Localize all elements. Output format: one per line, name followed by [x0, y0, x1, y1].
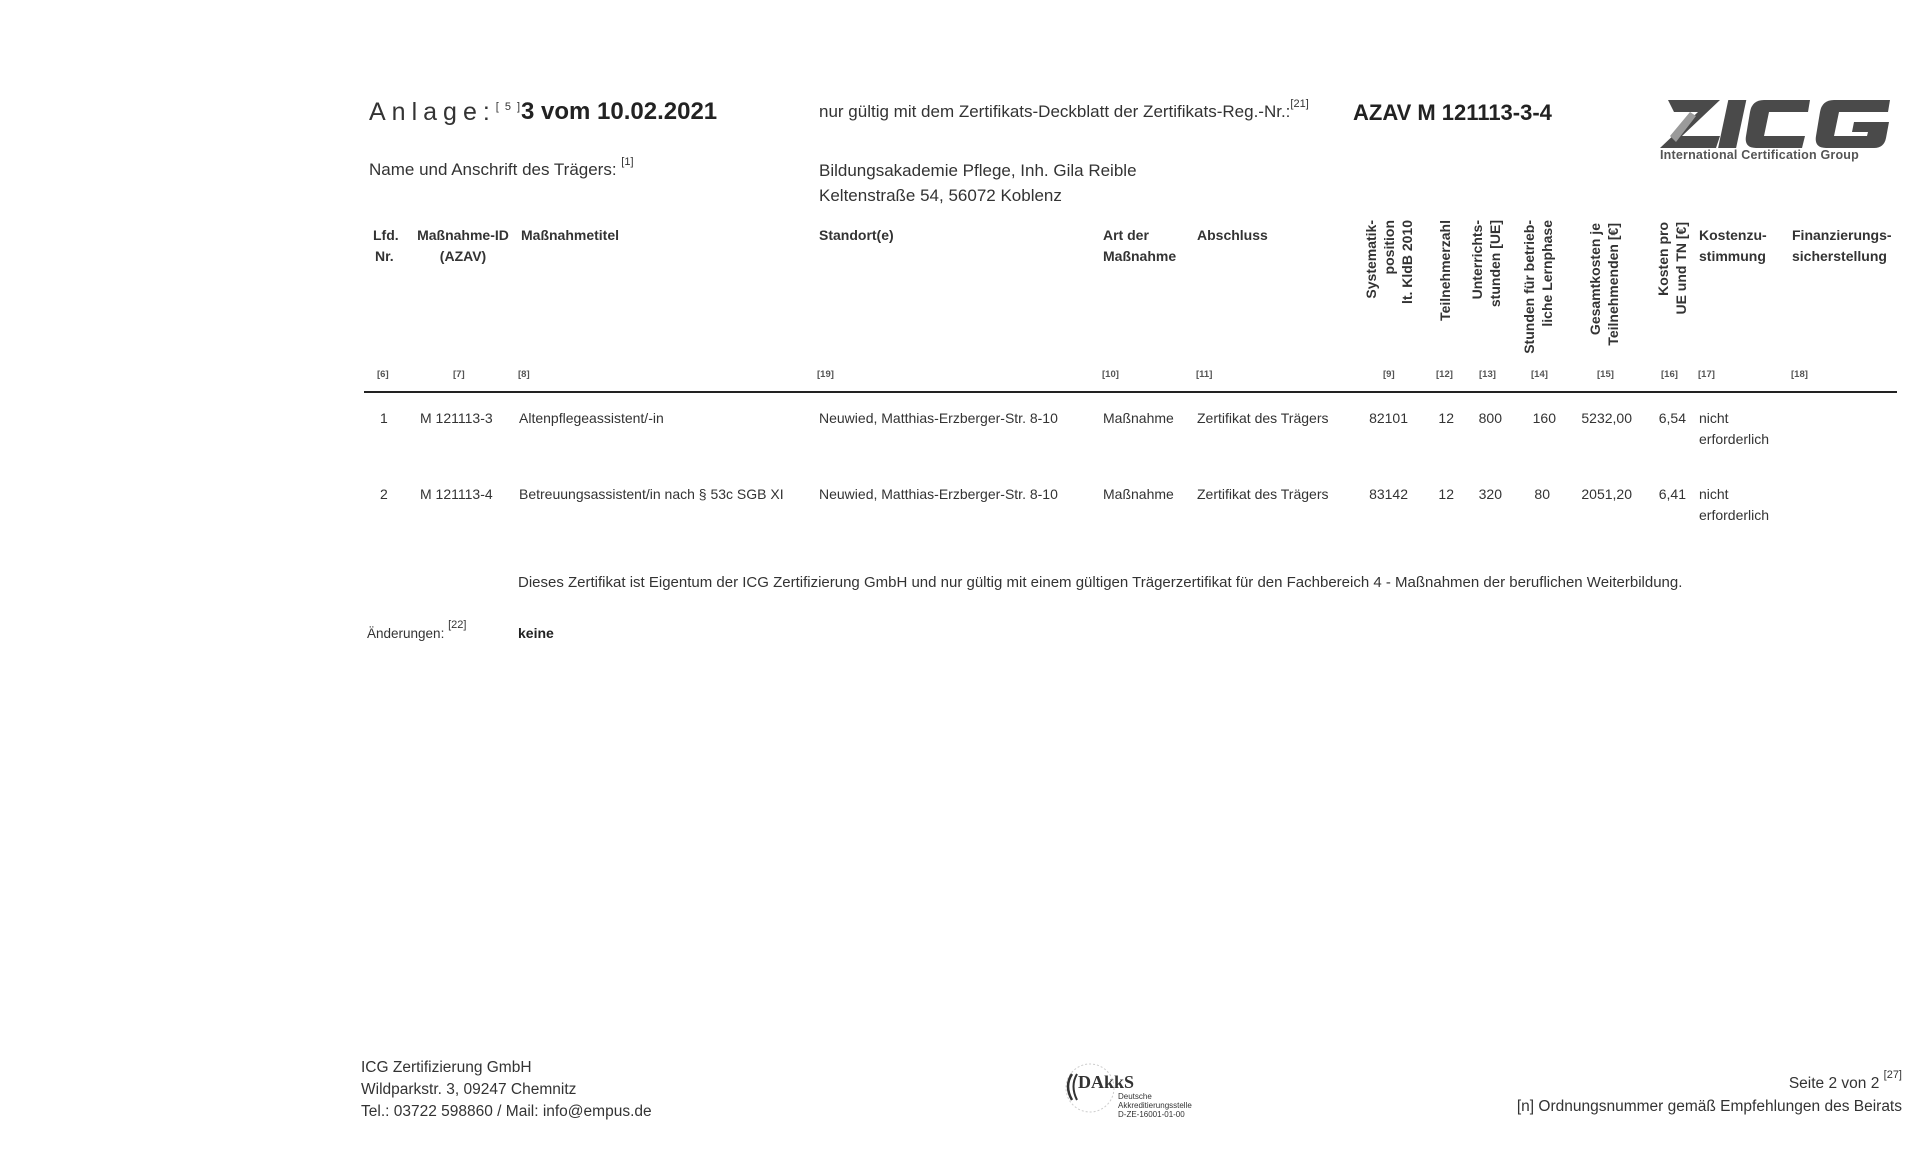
traeger-name: Bildungsakademie Pflege, Inh. Gila Reibl… [819, 158, 1137, 183]
col-header-zustimmung: Kostenzu-stimmung [1699, 225, 1767, 267]
ownership-note: Dieses Zertifikat ist Eigentum der ICG Z… [518, 574, 1682, 591]
cell-abschluss: Zertifikat des Trägers [1197, 408, 1329, 429]
traeger-address: Keltenstraße 54, 56072 Koblenz [819, 183, 1137, 208]
footer-company: ICG Zertifizierung GmbH Wildparkstr. 3, … [361, 1057, 652, 1123]
col-header-ue: Unterrichts-stunden [UE] [1468, 220, 1504, 312]
cell-gesamt: 2051,20 [1570, 484, 1632, 505]
cell-art: Maßnahme [1103, 484, 1174, 505]
cell-id: M 121113-3 [420, 408, 493, 429]
col-header-titel: Maßnahmetitel [521, 225, 619, 246]
cell-gesamt: 5232,00 [1570, 408, 1632, 429]
ref-number: [12] [1436, 369, 1453, 380]
cell-ue: 320 [1470, 484, 1502, 505]
col-header-standort: Standort(e) [819, 225, 894, 246]
cell-kosten: 6,41 [1646, 484, 1686, 505]
cell-betrieb: 160 [1524, 408, 1556, 429]
cell-titel: Altenpflegeassistent/-in [519, 408, 664, 429]
cell-betrieb: 80 [1524, 484, 1550, 505]
col-header-kosten: Kosten proUE und TN [€] [1654, 222, 1690, 318]
cell-teilnehmer: 12 [1430, 484, 1454, 505]
col-header-lfd: Lfd.Nr. [373, 225, 399, 267]
ref-number: [14] [1531, 369, 1548, 380]
col-header-betrieb: Stunden für betrieb-liche Lernphase [1520, 220, 1556, 358]
changes-value: keine [518, 625, 554, 641]
ref-number: [19] [817, 369, 834, 380]
registration-number: AZAV M 121113-3-4 [1353, 100, 1552, 126]
col-header-finanz: Finanzierungs-sicherstellung [1792, 225, 1892, 267]
ref-number: [16] [1661, 369, 1678, 380]
cell-systematik: 83142 [1360, 484, 1408, 505]
cell-ue: 800 [1470, 408, 1502, 429]
footer-contact: Tel.: 03722 598860 / Mail: info@empus.de [361, 1101, 652, 1123]
anlage-label: Anlage:[5] [369, 98, 526, 127]
col-header-systematik: Systematik-positionlt. KldB 2010 [1362, 220, 1416, 330]
cell-standort: Neuwied, Matthias-Erzberger-Str. 8-10 [819, 408, 1058, 429]
ref-number: [6] [377, 369, 389, 380]
cell-lfd: 2 [380, 484, 388, 505]
ref-number: [18] [1791, 369, 1808, 380]
validity-text: nur gültig mit dem Zertifikats-Deckblatt… [819, 102, 1309, 122]
cell-id: M 121113-4 [420, 484, 493, 505]
cell-teilnehmer: 12 [1430, 408, 1454, 429]
col-header-gesamt: Gesamtkosten jeTeilnehmenden [€] [1586, 223, 1622, 347]
col-header-id: Maßnahme-ID(AZAV) [413, 225, 513, 267]
col-header-teilnehmer: Teilnehmerzahl [1436, 220, 1454, 330]
cell-lfd: 1 [380, 408, 388, 429]
ref-number: [17] [1698, 369, 1715, 380]
traeger-info: Bildungsakademie Pflege, Inh. Gila Reibl… [819, 158, 1137, 208]
cell-standort: Neuwied, Matthias-Erzberger-Str. 8-10 [819, 484, 1058, 505]
footer-address: Wildparkstr. 3, 09247 Chemnitz [361, 1079, 652, 1101]
col-header-abschluss: Abschluss [1197, 225, 1268, 246]
page-number: Seite 2 von 2 [27] [1789, 1075, 1902, 1093]
ref-number: [15] [1597, 369, 1614, 380]
header-rule [364, 391, 1897, 393]
cell-zustimmung: nichterforderlich [1699, 484, 1769, 526]
logo-subtitle: International Certification Group [1660, 148, 1859, 162]
anlage-value: 3 vom 10.02.2021 [521, 98, 717, 126]
cell-titel: Betreuungsassistent/in nach § 53c SGB XI [519, 484, 784, 505]
ref-number: [7] [453, 369, 465, 380]
ref-number: [13] [1479, 369, 1496, 380]
cell-systematik: 82101 [1360, 408, 1408, 429]
traeger-label: Name und Anschrift des Trägers: [1] [369, 160, 634, 180]
ref-number: [11] [1196, 369, 1212, 380]
changes-label: Änderungen: [22] [367, 625, 466, 641]
dakks-subtitle: Deutsche Akkreditierungsstelle D-ZE-1600… [1118, 1092, 1192, 1119]
ref-number: [10] [1102, 369, 1119, 380]
footnote-legend: [n] Ordnungsnummer gemäß Empfehlungen de… [1517, 1098, 1902, 1116]
ref-number: [8] [518, 369, 530, 380]
cell-art: Maßnahme [1103, 408, 1174, 429]
ref-number: [9] [1383, 369, 1395, 380]
cell-kosten: 6,54 [1646, 408, 1686, 429]
footer-company-name: ICG Zertifizierung GmbH [361, 1057, 652, 1079]
cell-zustimmung: nichterforderlich [1699, 408, 1769, 450]
col-header-art: Art derMaßnahme [1103, 225, 1176, 267]
cell-abschluss: Zertifikat des Trägers [1197, 484, 1329, 505]
dakks-title: DAkkS [1078, 1072, 1134, 1093]
